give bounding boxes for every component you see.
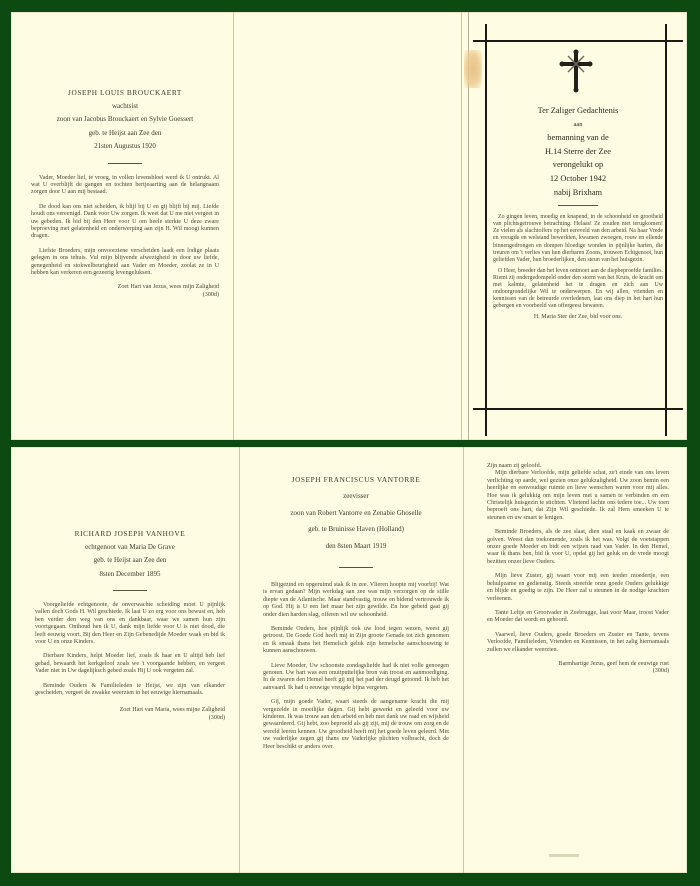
brouckaert-text: Vader, Moeder lief, te vroeg, in vollen … — [31, 175, 219, 278]
paper-stain — [464, 50, 482, 88]
paragraph: Tante Leltje en Grootvader in Zeebrugge,… — [487, 610, 669, 625]
memorial-border-bottom — [473, 408, 683, 410]
deceased-name: JOSEPH LOUIS BROUCKAERT — [31, 86, 219, 100]
indulgence: (300d) — [487, 668, 669, 675]
paragraph: Beminde Broeders, als de zee slaat, dien… — [487, 529, 669, 566]
deceased-birthdate: 21sten Augustus 1920 — [31, 140, 219, 154]
deceased-birthdate: 8sten December 1895 — [35, 568, 225, 582]
memorial-border-left — [485, 24, 487, 436]
memorial-heading: Ter Zaliger Gedachtenis aan bemanning va… — [493, 104, 663, 199]
prayer: Barmhartige Jezus, geef hem de eeuwige r… — [487, 661, 669, 668]
deceased-birthplace: geb. te Heijst aan Zee den — [35, 554, 225, 568]
paragraph: Zo gingen leven, moedig en knapend, in d… — [493, 214, 663, 264]
deceased-parents: zoon van Robert Vantorre en Zenabie Ghos… — [263, 507, 449, 521]
heading-line: bemanning van de — [493, 131, 663, 145]
memorial-border-right — [665, 24, 667, 436]
panel-vantorre: JOSEPH FRANCISCUS VANTORRE zeevisser zoo… — [241, 447, 463, 873]
vantorre-text: Blijgezind en opgeruimd stak ik in zee. … — [263, 582, 449, 751]
disaster-location: nabij Brixham — [493, 186, 663, 200]
vessel-name: H.14 Sterre der Zee — [493, 145, 663, 159]
memorial-text: Zo gingen leven, moedig en knapend, in d… — [493, 214, 663, 310]
heading-line: verongelukt op — [493, 158, 663, 172]
paragraph: Dierbare Kinders, helpt Moeder lief, zoa… — [35, 653, 225, 675]
divider — [113, 590, 147, 591]
deceased-parents: zoon van Jacobus Brouckaert en Sylvie Go… — [31, 113, 219, 127]
fold-line — [239, 447, 240, 873]
paragraph: Vader, Moeder lief, te vroeg, in vollen … — [31, 175, 219, 197]
deceased-spouse: echtgenoot van Maria De Grave — [35, 541, 225, 555]
indulgence: (300d) — [35, 715, 225, 722]
heading-line: aan — [493, 118, 663, 132]
bottom-card-sheet: RICHARD JOSEPH VANHOVE echtgenoot van Ma… — [11, 447, 687, 873]
deceased-name: JOSEPH FRANCISCUS VANTORRE — [263, 473, 449, 487]
divider — [108, 163, 142, 164]
vantorre-continued-text: Zijn naam zij geloofd. Mijn dierbare Ver… — [487, 463, 669, 654]
paragraph: Blijgezind en opgeruimd stak ik in zee. … — [263, 582, 449, 619]
deceased-birthplace: geb. te Bruinisse Haven (Holland) — [263, 523, 449, 537]
panel-vanhove: RICHARD JOSEPH VANHOVE echtgenoot van Ma… — [11, 447, 239, 873]
divider — [339, 567, 373, 568]
vanhove-text: Voorgeliefde echtgenoote, de onverwachte… — [35, 602, 225, 697]
printer-mark — [549, 854, 579, 857]
paragraph: Liefste Broeders, mijn onvoorziene versc… — [31, 248, 219, 278]
deceased-name: RICHARD JOSEPH VANHOVE — [35, 527, 225, 541]
disaster-date: 12 October 1942 — [493, 172, 663, 186]
prayer: Zoet Hart van Maria, wees mijne Zalighei… — [35, 707, 225, 714]
prayer: Zoet Hart van Jezus, wees mijn Zaligheid — [31, 284, 219, 291]
cross-icon — [559, 49, 593, 93]
deceased-role: zeevisser — [263, 490, 449, 504]
fold-line — [461, 12, 462, 440]
paragraph: Voorgeliefde echtgenoote, de onverwachte… — [35, 602, 225, 646]
panel-blank — [235, 12, 461, 440]
fold-line — [463, 447, 464, 873]
memorial-border-top — [473, 40, 683, 42]
deceased-role: wachtsist — [31, 100, 219, 114]
deceased-birthplace: geb. te Heijst aan Zee den — [31, 127, 219, 141]
panel-vantorre-continued: Zijn naam zij geloofd. Mijn dierbare Ver… — [465, 447, 687, 873]
paragraph: Beminde Ouders & Familieleden te Heijst,… — [35, 683, 225, 698]
paragraph: Mijn lieve Zuster, gij waart voor mij ee… — [487, 573, 669, 603]
divider — [558, 205, 598, 206]
top-card-sheet: JOSEPH LOUIS BROUCKAERT wachtsist zoon v… — [11, 12, 687, 440]
prayer: H. Maria Ster der Zee, bid voor ons. — [493, 314, 663, 321]
fold-line — [233, 12, 234, 440]
panel-memorial: Ter Zaliger Gedachtenis aan bemanning va… — [463, 12, 687, 440]
indulgence: (300d) — [31, 292, 219, 299]
deceased-birthdate: den 8sten Maart 1919 — [263, 540, 449, 554]
brouckaert-header: JOSEPH LOUIS BROUCKAERT wachtsist zoon v… — [31, 86, 219, 154]
vanhove-header: RICHARD JOSEPH VANHOVE echtgenoot van Ma… — [35, 527, 225, 581]
paragraph: Vaarwel, lieve Ouders, goede Broeders en… — [487, 632, 669, 654]
heading-line: Ter Zaliger Gedachtenis — [493, 104, 663, 118]
paragraph: Gij, mijn goede Vader, waart steeds de a… — [263, 699, 449, 751]
paragraph: Mijn dierbare Verloofde, mijn geliefde s… — [487, 470, 669, 522]
paragraph: O Heer, breeder dan het leven ontmoet aa… — [493, 268, 663, 311]
paragraph: Lieve Moeder, Uw schoonste zondagsliefde… — [263, 663, 449, 693]
paragraph: Beminde Ouders, hoe pijnlijk ook uw lood… — [263, 626, 449, 656]
vantorre-header: JOSEPH FRANCISCUS VANTORRE zeevisser zoo… — [263, 473, 449, 554]
paragraph: De dood kan ons niet scheiden, ik blijf … — [31, 204, 219, 241]
panel-brouckaert: JOSEPH LOUIS BROUCKAERT wachtsist zoon v… — [11, 12, 233, 440]
